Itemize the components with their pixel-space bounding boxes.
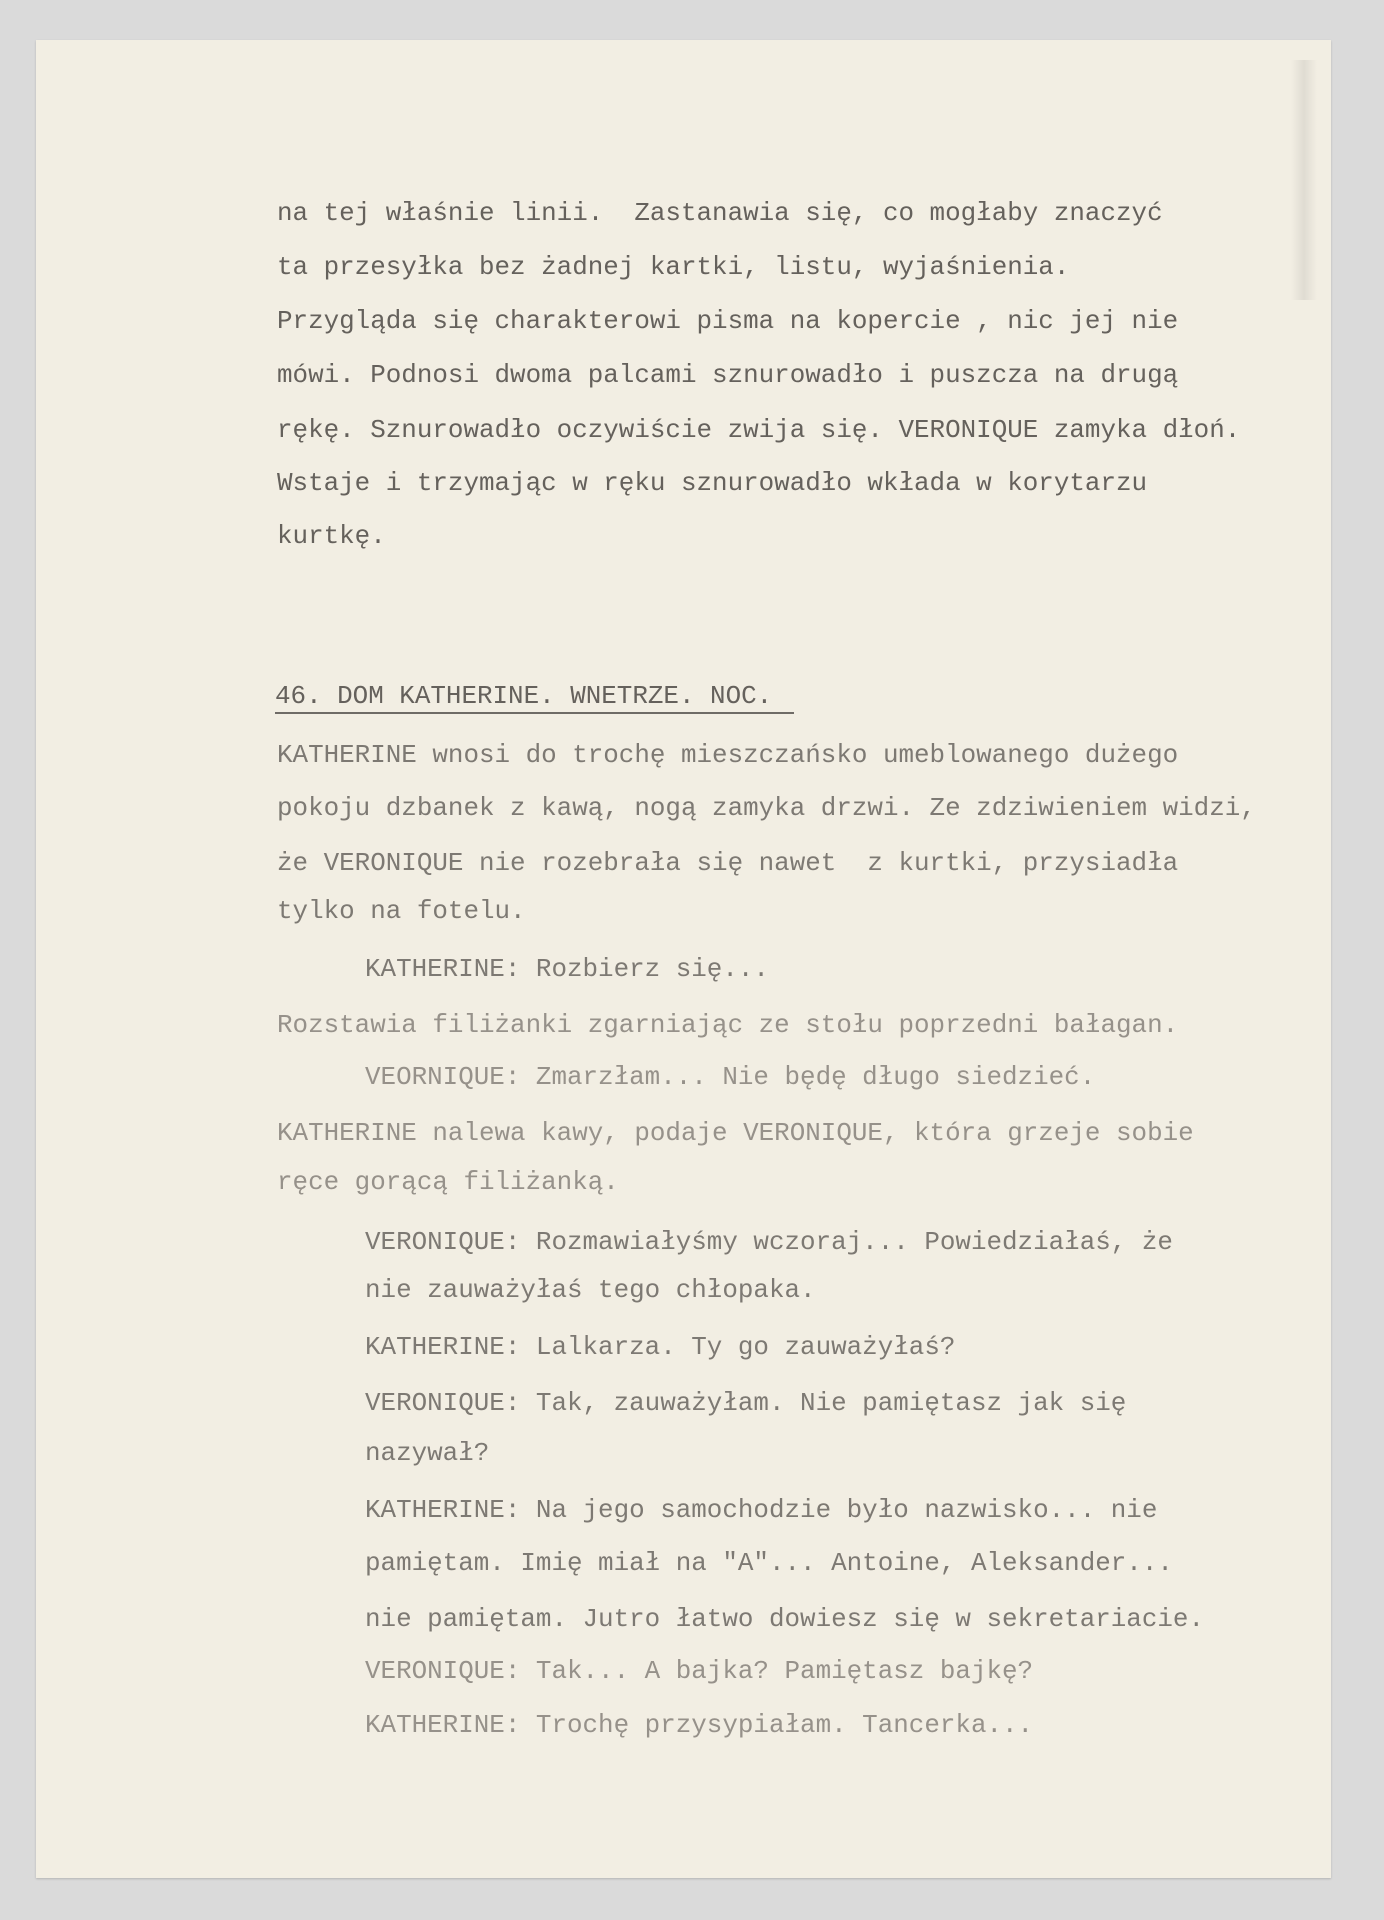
text-line: kurtkę.	[277, 523, 386, 549]
text-line: Wstaje i trzymając w ręku sznurowadło wk…	[277, 470, 1147, 496]
dialogue-line: pamiętam. Imię miał na "A"... Antoine, A…	[365, 1550, 1173, 1576]
text-line: ta przesyłka bez żadnej kartki, listu, w…	[277, 254, 1069, 280]
dialogue-line: KATHERINE: Na jego samochodzie było nazw…	[365, 1497, 1157, 1523]
dialogue-line: VERONIQUE: Rozmawiałyśmy wczoraj... Powi…	[365, 1229, 1173, 1255]
scene-heading: 46. DOM KATHERINE. WNETRZE. NOC.	[275, 683, 794, 714]
text-line: ręce gorącą filiżanką.	[277, 1169, 619, 1195]
text-line: na tej właśnie linii. Zastanawia się, co…	[277, 200, 1163, 226]
dialogue-line: nie pamiętam. Jutro łatwo dowiesz się w …	[365, 1606, 1204, 1632]
dialogue-line: KATHERINE: Rozbierz się...	[365, 956, 769, 982]
text-line: mówi. Podnosi dwoma palcami sznurowadło …	[277, 362, 1178, 388]
dialogue-line: VERONIQUE: Tak, zauważyłam. Nie pamiętas…	[365, 1390, 1126, 1416]
dialogue-line: nie zauważyłaś tego chłopaka.	[365, 1277, 816, 1303]
text-line: rękę. Sznurowadło oczywiście zwija się. …	[277, 417, 1240, 443]
text-line: Przygląda się charakterowi pisma na kope…	[277, 308, 1178, 334]
text-line: pokoju dzbanek z kawą, nogą zamyka drzwi…	[277, 795, 1256, 821]
text-line: KATHERINE wnosi do trochę mieszczańsko u…	[277, 742, 1178, 768]
dialogue-line: KATHERINE: Lalkarza. Ty go zauważyłaś?	[365, 1334, 955, 1360]
dialogue-line: nazywał?	[365, 1440, 489, 1466]
text-line: tylko na fotelu.	[277, 898, 526, 924]
dialogue-line: VERONIQUE: Tak... A bajka? Pamiętasz baj…	[365, 1658, 1033, 1684]
text-line: Rozstawia filiżanki zgarniając ze stołu …	[277, 1012, 1178, 1038]
text-line: KATHERINE nalewa kawy, podaje VERONIQUE,…	[277, 1120, 1194, 1146]
dialogue-line: VEORNIQUE: Zmarzłam... Nie będę długo si…	[365, 1064, 1095, 1090]
text-line: że VERONIQUE nie rozebrała się nawet z k…	[277, 850, 1178, 876]
dialogue-line: KATHERINE: Trochę przysypiałam. Tancerka…	[365, 1712, 1033, 1738]
